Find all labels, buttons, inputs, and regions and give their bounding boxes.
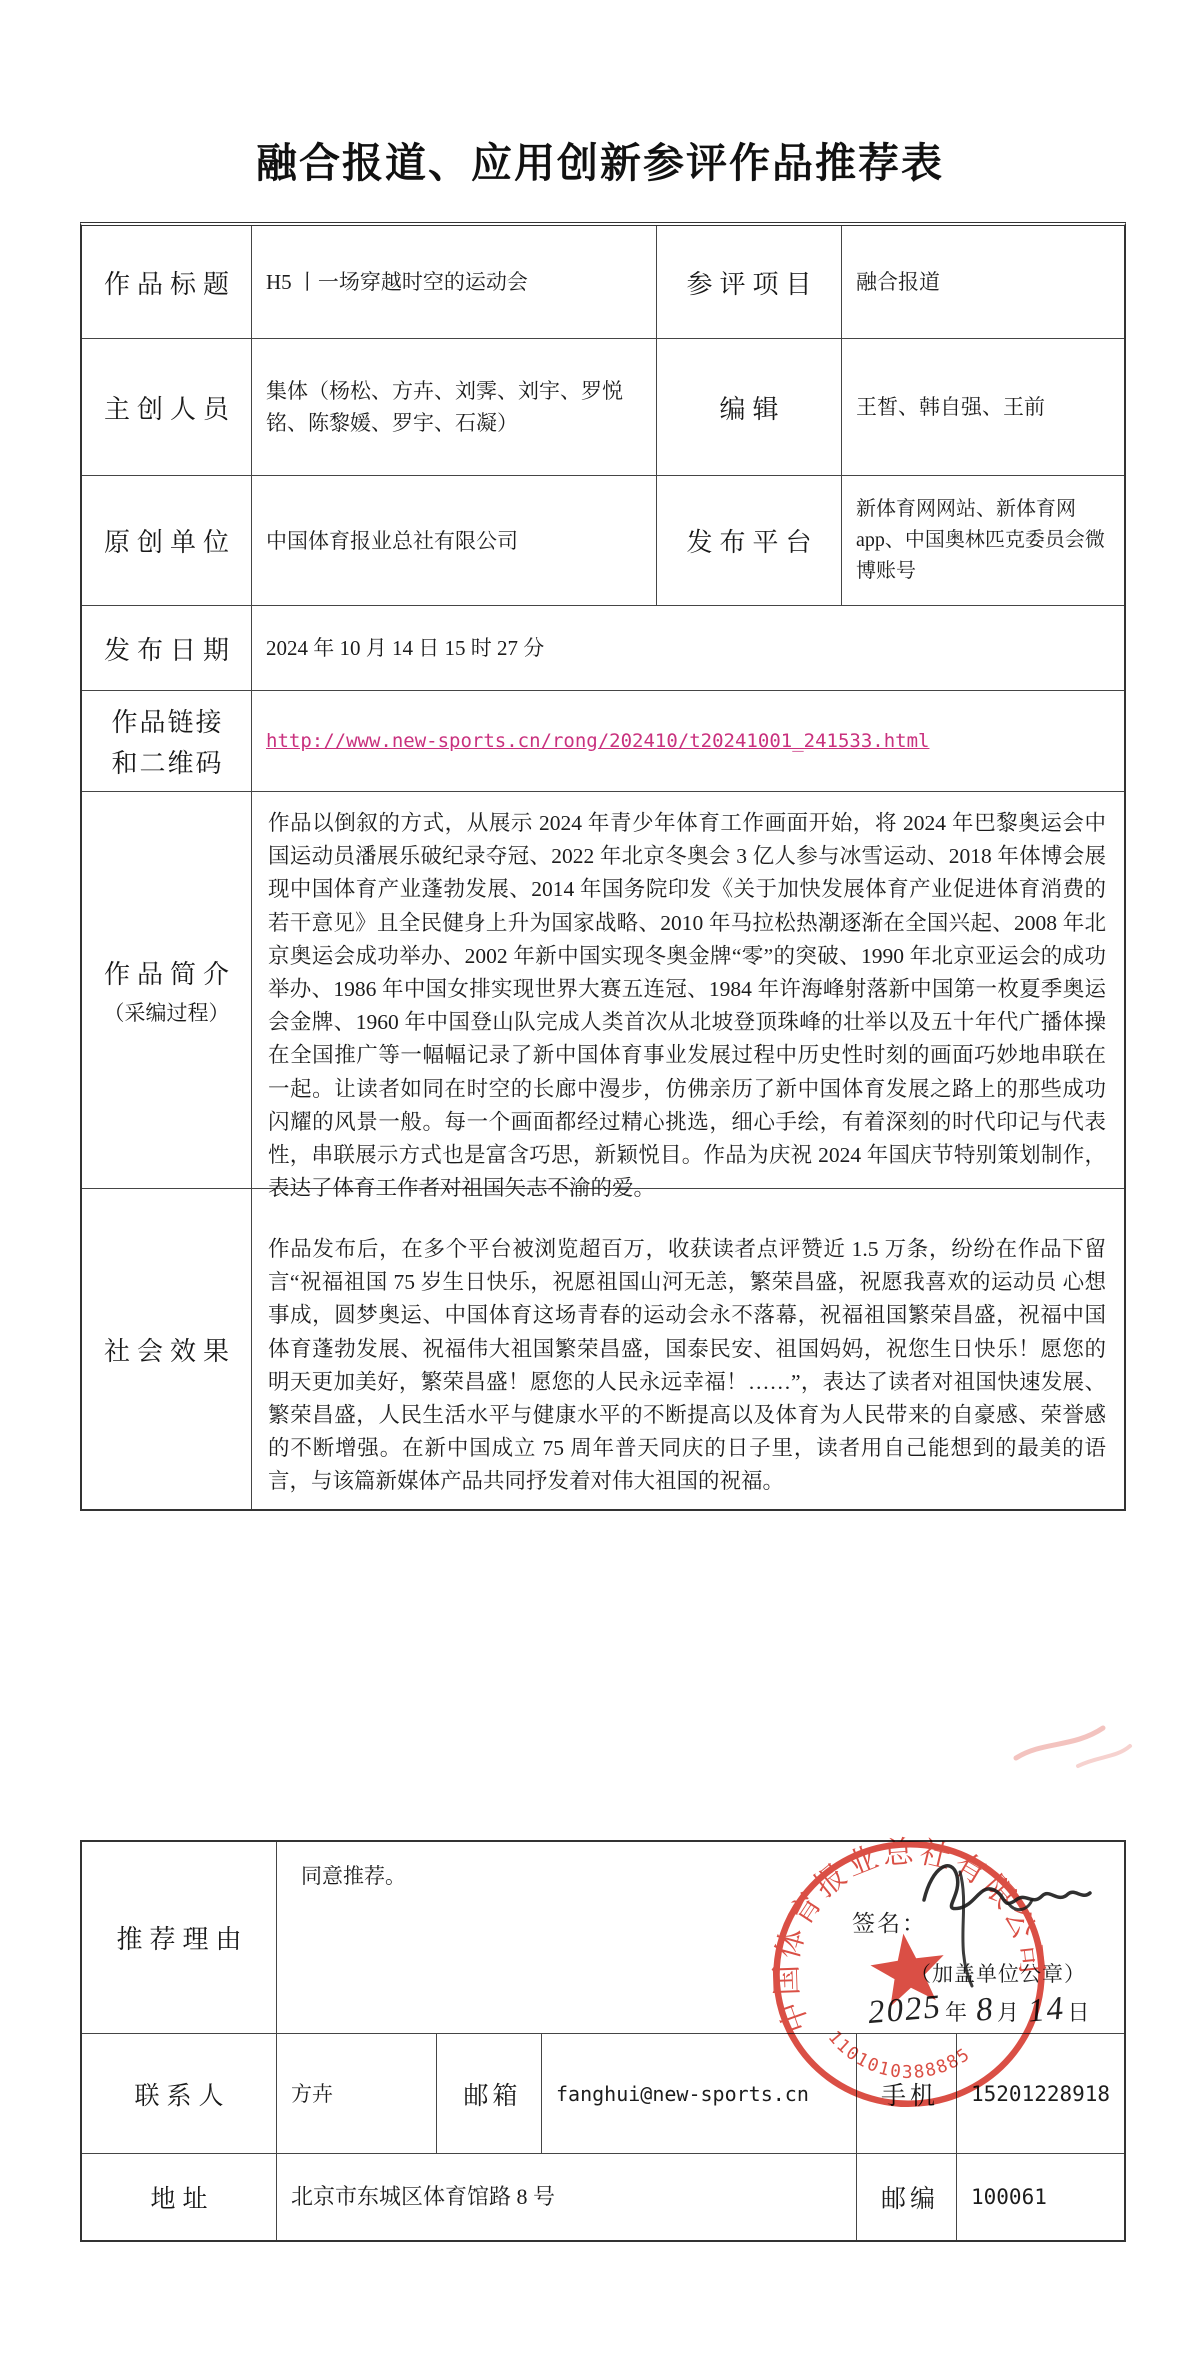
origin-org-value: 中国体育报业总社有限公司 bbox=[252, 476, 657, 606]
intro-label-line1: 作品简介 bbox=[97, 954, 236, 991]
publish-date-label: 发布日期 bbox=[82, 606, 252, 691]
sign-date-day: 14 bbox=[1027, 1997, 1066, 2022]
link-label: 作品链接 和二维码 bbox=[82, 691, 252, 792]
link-label-line1: 作品链接 bbox=[109, 702, 223, 739]
work-url-link[interactable]: http://www.new-sports.cn/rong/202410/t20… bbox=[266, 725, 929, 757]
contact-value: 方卉 bbox=[277, 2034, 437, 2154]
stray-red-marks bbox=[1008, 1716, 1138, 1776]
reason-label: 推荐理由 bbox=[82, 1842, 277, 2034]
page-title: 融合报道、应用创新参评作品推荐表 bbox=[0, 130, 1200, 189]
publish-date-value: 2024 年 10 月 14 日 15 时 27 分 bbox=[252, 606, 1124, 691]
intro-label-line2: （采编过程） bbox=[104, 997, 230, 1027]
category-label: 参评项目 bbox=[657, 226, 842, 339]
sign-date-month: 8 bbox=[975, 1998, 995, 2022]
phone-label: 手机 bbox=[857, 2034, 957, 2154]
effect-label: 社会效果 bbox=[82, 1189, 252, 1509]
phone-value: 15201228918 bbox=[957, 2034, 1124, 2154]
creators-value: 集体（杨松、方卉、刘霁、刘宇、罗悦铭、陈黎媛、罗宇、石凝） bbox=[252, 339, 657, 476]
reason-text: 同意推荐。 bbox=[301, 1860, 406, 1892]
work-title-label: 作品标题 bbox=[82, 226, 252, 339]
effect-text: 作品发布后，在多个平台被浏览超百万，收获读者点评赞近 1.5 万条，纷纷在作品下… bbox=[252, 1189, 1124, 1509]
origin-org-label: 原创单位 bbox=[82, 476, 252, 606]
intro-label: 作品简介 （采编过程） bbox=[82, 792, 252, 1189]
intro-text: 作品以倒叙的方式，从展示 2024 年青少年体育工作画面开始，将 2024 年巴… bbox=[252, 792, 1124, 1189]
email-label: 邮箱 bbox=[437, 2034, 542, 2154]
category-value: 融合报道 bbox=[842, 226, 1124, 339]
sign-date-day-unit: 日 bbox=[1068, 2000, 1090, 2025]
zip-label: 邮编 bbox=[857, 2154, 957, 2240]
editors-label: 编辑 bbox=[657, 339, 842, 476]
seal-note: （加盖单位公章） bbox=[910, 1958, 1086, 1990]
scanned-form-page: 融合报道、应用创新参评作品推荐表 作品标题 H5 丨一场穿越时空的运动会 参评项… bbox=[0, 0, 1200, 2375]
email-value: fanghui@new-sports.cn bbox=[542, 2034, 857, 2154]
zip-value: 100061 bbox=[957, 2154, 1124, 2240]
creators-label: 主创人员 bbox=[82, 339, 252, 476]
recommendation-table: 推荐理由 同意推荐。 签名： （加盖单位公章） 2025年 8月 14日 联系人… bbox=[80, 1840, 1126, 2242]
reason-cell: 同意推荐。 签名： （加盖单位公章） 2025年 8月 14日 bbox=[277, 1842, 1124, 2034]
sign-date: 2025年 8月 14日 bbox=[865, 1997, 1090, 2029]
editors-value: 王皙、韩自强、王前 bbox=[842, 339, 1124, 476]
platforms-label: 发布平台 bbox=[657, 476, 842, 606]
main-form-table: 作品标题 H5 丨一场穿越时空的运动会 参评项目 融合报道 主创人员 集体（杨松… bbox=[80, 222, 1126, 1511]
link-label-line2: 和二维码 bbox=[109, 743, 223, 780]
sign-date-month-unit: 月 bbox=[997, 2000, 1019, 2025]
address-label: 地址 bbox=[82, 2154, 277, 2240]
signature-label: 签名： bbox=[852, 1908, 927, 1940]
address-value: 北京市东城区体育馆路 8 号 bbox=[277, 2154, 857, 2240]
platforms-value: 新体育网网站、新体育网app、中国奥林匹克委员会微博账号 bbox=[842, 476, 1124, 606]
work-title-value: H5 丨一场穿越时空的运动会 bbox=[252, 226, 657, 339]
sign-date-year-unit: 年 bbox=[945, 2000, 967, 2025]
contact-label: 联系人 bbox=[82, 2034, 277, 2154]
link-cell: http://www.new-sports.cn/rong/202410/t20… bbox=[252, 691, 1124, 792]
sign-date-year: 2025 bbox=[867, 1996, 943, 2024]
